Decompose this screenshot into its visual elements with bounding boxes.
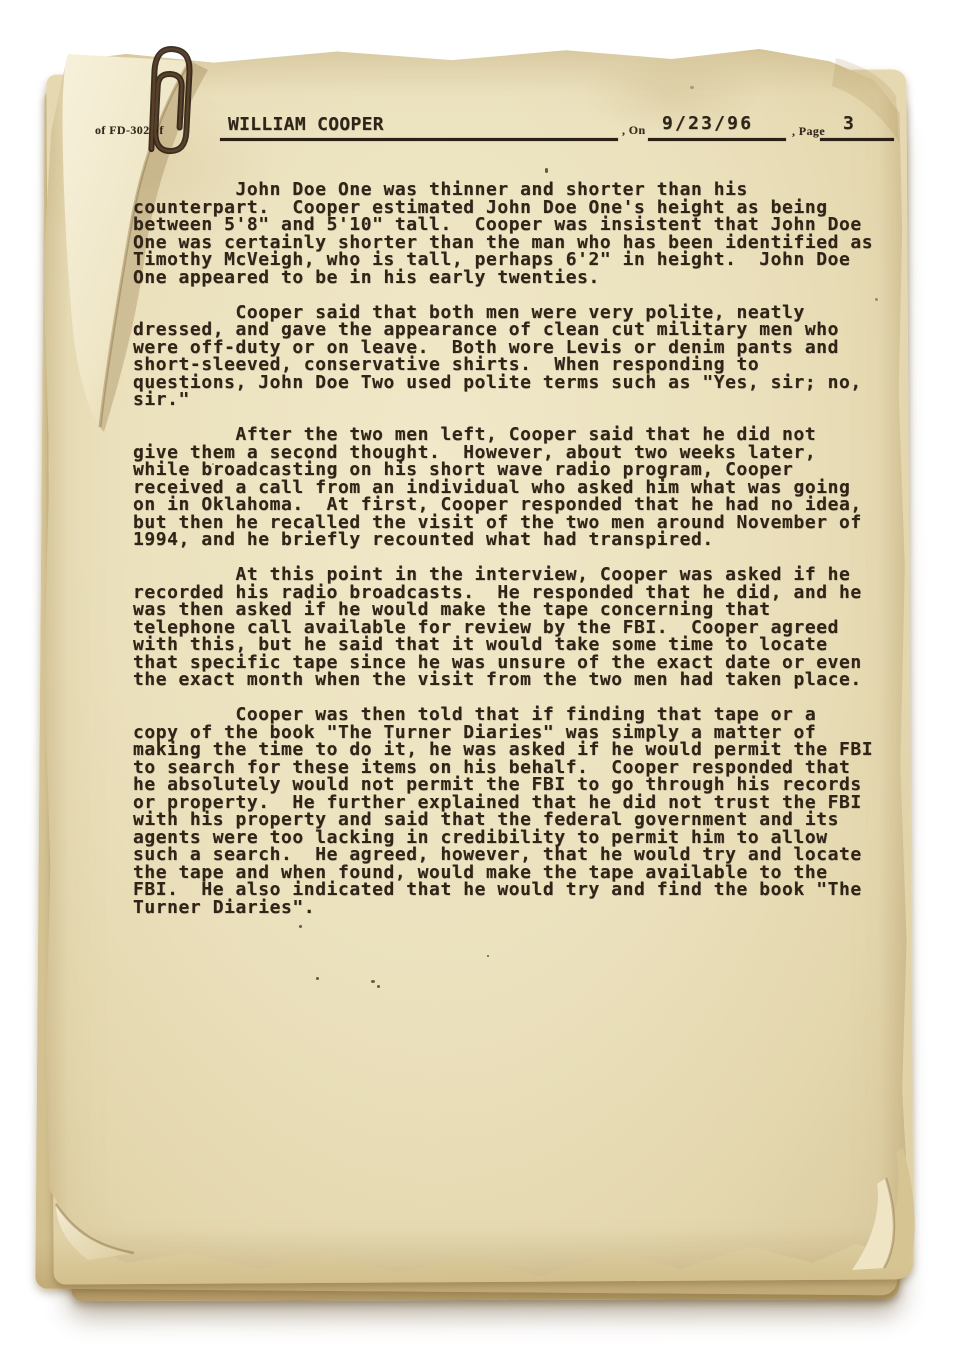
paper-speck <box>545 168 548 173</box>
paper-speck <box>212 463 214 465</box>
paper-speck <box>377 985 380 988</box>
body-paragraph-5: Cooper was then told that if finding tha… <box>133 706 915 916</box>
scanned-document-scene: of FD-302 of WILLIAM COOPER , On 9/23/96… <box>0 0 960 1350</box>
form-continuation-label: of FD-302 of <box>95 123 164 138</box>
page-underline <box>820 138 894 141</box>
paper-speck <box>371 980 375 983</box>
paper-speck <box>690 86 694 89</box>
date-value: 9/23/96 <box>662 113 753 134</box>
date-underline <box>648 138 786 141</box>
name-underline <box>220 138 618 141</box>
page-number-value: 3 <box>843 113 854 134</box>
date-label: , On <box>622 123 646 138</box>
subject-name-value: WILLIAM COOPER <box>228 114 384 135</box>
body-paragraph-2: Cooper said that both men were very poli… <box>133 304 915 409</box>
page-label: , Page <box>792 124 825 139</box>
paper-speck <box>875 298 878 301</box>
paper-speck <box>299 925 302 928</box>
paper-speck <box>487 955 489 957</box>
body-paragraph-4: At this point in the interview, Cooper w… <box>133 566 915 689</box>
document-body: John Doe One was thinner and shorter tha… <box>133 181 915 934</box>
paper-speck <box>316 977 319 980</box>
body-paragraph-3: After the two men left, Cooper said that… <box>133 426 915 549</box>
body-paragraph-1: John Doe One was thinner and shorter tha… <box>133 181 915 286</box>
